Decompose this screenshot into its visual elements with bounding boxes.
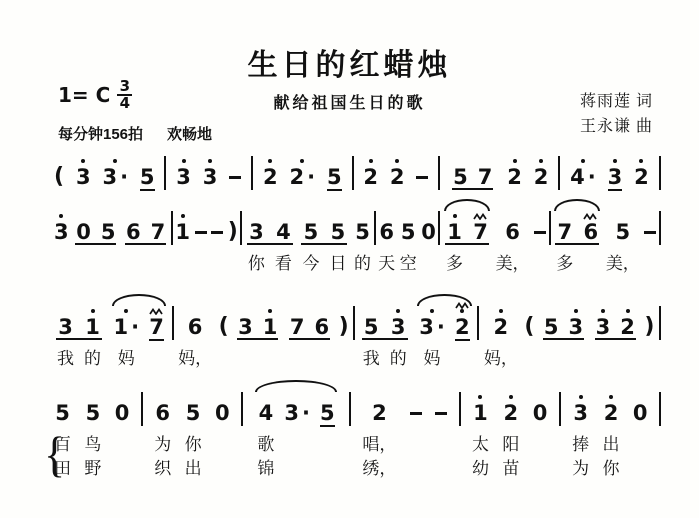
barline (659, 392, 661, 426)
note: 5 (325, 150, 344, 189)
note: 4歌锦 (252, 386, 279, 481)
lyric-syllable: 日 (329, 252, 346, 276)
note-number: 2 (504, 401, 519, 425)
note-glyph: 3 (569, 315, 584, 339)
time-signature-numerator: 3 (120, 80, 130, 93)
note: 3·妈 (414, 300, 450, 371)
octave-dot-icon (639, 159, 643, 163)
beam-underline (56, 338, 102, 340)
barline (349, 392, 351, 426)
note: 2唱，绣， (360, 386, 398, 481)
octave-dot-icon (601, 309, 605, 313)
note: 3 (74, 150, 93, 189)
note-ornaments (208, 150, 212, 165)
note-number: 6 (505, 220, 520, 244)
note-ornaments (59, 205, 63, 220)
note: 3 (233, 300, 258, 339)
note-number: 5 (186, 401, 201, 425)
beam-underline (237, 338, 278, 340)
note-glyph: 6 (315, 315, 330, 339)
lyric-syllable: 我 (363, 347, 380, 371)
note-group: 4歌锦3·5 (252, 386, 339, 481)
note-glyph: 3· (102, 165, 128, 189)
note-group: 76 (285, 300, 334, 339)
note-number: 2 (372, 401, 387, 425)
note: 4看 (270, 205, 297, 276)
lyric-syllable: 为 (572, 457, 589, 481)
octave-dot-icon (460, 309, 464, 313)
note-number: 3 (596, 315, 611, 339)
note: 2 (388, 150, 407, 189)
note-glyph: 3 (238, 315, 253, 339)
note-group: 1·妈7 (109, 300, 170, 371)
lyric-syllable: 妈， (484, 347, 518, 371)
note-glyph: 0 (115, 401, 130, 425)
lyric-syllable: 唱， (362, 433, 396, 457)
octave-dot-icon (574, 309, 578, 313)
note-glyph: 0 (421, 220, 436, 244)
note-number: 0 (115, 401, 130, 425)
lyric-syllable: 多 (446, 252, 463, 276)
note-number: 3 (54, 220, 69, 244)
note-number: 6 (379, 220, 394, 244)
note-number: 2 (620, 315, 635, 339)
barline (241, 392, 243, 426)
note-glyph: 3 (596, 315, 611, 339)
note-number: 3 (391, 315, 406, 339)
note-ornaments (513, 150, 517, 165)
slur-arc (417, 294, 472, 306)
note-group: 53 (539, 300, 588, 339)
note-number: 2 (507, 165, 522, 189)
note: 1·妈 (109, 300, 145, 371)
note-number: 5 (140, 165, 155, 191)
barline (353, 306, 355, 340)
note-ornaments (579, 386, 583, 401)
beam-underline (289, 338, 330, 340)
note-glyph: 7 (149, 315, 164, 339)
note-glyph: 3 (54, 220, 69, 244)
note-glyph: 2 (634, 165, 649, 189)
slur-arc (112, 294, 167, 306)
dash-continuation (644, 231, 656, 234)
mordent-icon (583, 213, 598, 220)
beam-underline (595, 338, 636, 340)
note-glyph: 3· (419, 315, 445, 339)
note-glyph: 5 (453, 165, 468, 189)
octave-dot-icon (268, 309, 272, 313)
note: 0 (113, 386, 132, 425)
note-glyph: 2 (604, 401, 619, 425)
octave-dot-icon (626, 309, 630, 313)
note-number: 3 (284, 401, 299, 425)
note-number: 2 (455, 315, 470, 341)
lyric-syllable: 空 (400, 252, 417, 276)
note-ornaments (395, 150, 399, 165)
composer-credit: 王永谦 曲 (580, 113, 653, 136)
lyric-syllable: 幼 (472, 457, 489, 481)
note-number: 1 (447, 220, 462, 244)
note-glyph: 0 (533, 401, 548, 425)
lyric-syllable: 今 (302, 252, 319, 276)
note-number: 5 (616, 220, 631, 244)
note: 6 (121, 205, 146, 244)
slur-arc (554, 199, 600, 211)
dot-after: · (131, 315, 139, 339)
key-label: 1= C (58, 83, 110, 107)
note-ornaments (300, 150, 304, 165)
beam-underline (75, 243, 116, 245)
octave-dot-icon (124, 309, 128, 313)
note-number: 3 (58, 315, 73, 339)
expression-marking: 欢畅地 (167, 126, 212, 143)
note-number: 4 (570, 165, 585, 189)
note-number: 1 (263, 315, 278, 339)
music-line: (33·53322·52257224·32 (52, 150, 661, 190)
octave-dot-icon (478, 395, 482, 399)
octave-dot-icon (579, 395, 583, 399)
note: 1的 (79, 300, 106, 371)
note-number: 5 (304, 220, 319, 244)
octave-dot-icon (499, 309, 503, 313)
note: 3 (606, 150, 625, 189)
note-number: 2 (534, 165, 549, 189)
note-glyph: 2 (504, 401, 519, 425)
note-glyph: 6 (188, 315, 203, 339)
note: 5的 (352, 205, 373, 276)
note: 3你 (243, 205, 270, 276)
note-number: 7 (478, 165, 493, 189)
dot-after: · (120, 165, 128, 189)
note-glyph: 1 (473, 401, 488, 425)
dot-after: · (437, 315, 445, 339)
note: 2· (288, 150, 318, 189)
note-ornaments (499, 300, 503, 315)
dot-after: · (588, 165, 596, 189)
music-line: 3我1的1·妈76妈，(3176)5我3的3·妈22妈，(5332) (52, 300, 661, 371)
octave-dot-icon (208, 159, 212, 163)
barline (251, 156, 253, 190)
parenthesis: ( (522, 300, 536, 339)
note-ornaments (613, 150, 617, 165)
note-glyph: 2 (390, 165, 405, 189)
parenthesis-glyph: ( (524, 315, 534, 339)
note: 3 (201, 150, 220, 189)
lyric-syllable: 绣， (362, 457, 396, 481)
lyric-syllable: 看 (275, 252, 292, 276)
note: 3捧为 (570, 386, 591, 481)
note-glyph: 5 (401, 220, 416, 244)
lyric-syllable: 的 (390, 347, 407, 371)
note: 3我 (52, 300, 79, 371)
note-glyph: 5 (101, 220, 116, 244)
note: 2 (615, 300, 640, 339)
note-glyph: 2· (290, 165, 316, 189)
note-number: 2 (263, 165, 278, 189)
tempo-marking: 每分钟156拍欢畅地 (58, 123, 212, 144)
note-glyph: 3 (608, 165, 623, 189)
lyric-syllable: 出 (603, 433, 620, 457)
note-glyph: 5 (331, 220, 346, 244)
octave-dot-icon (300, 159, 304, 163)
note: 4· (568, 150, 598, 189)
note-number: 2 (494, 315, 509, 339)
note: 3 (174, 150, 193, 189)
sheet-music-page: 生日的红蜡烛 献给祖国生日的歌 1= C 3 4 每分钟156拍欢畅地 蒋雨莲 … (0, 0, 699, 518)
note: 6为织 (152, 386, 173, 481)
key-signature: 1= C 3 4 (58, 80, 132, 110)
note-ornaments (91, 300, 95, 315)
note-glyph: 2 (263, 165, 278, 189)
note-glyph: 4· (570, 165, 596, 189)
note-number: 3 (249, 220, 264, 244)
note-group: 57 (448, 150, 497, 189)
note: 5 (539, 300, 564, 339)
note-ornaments (81, 150, 85, 165)
octave-dot-icon (509, 395, 513, 399)
note: 3 (52, 205, 71, 244)
barline (659, 306, 661, 340)
note-group: 5今5日 (297, 205, 351, 276)
note-glyph: 5 (364, 315, 379, 339)
dash-continuation (416, 176, 428, 179)
note-glyph: 5 (544, 315, 559, 339)
note: 2 (261, 150, 280, 189)
note-glyph: 1 (85, 315, 100, 339)
note: 6妈， (176, 300, 214, 371)
note: 0 (71, 205, 96, 244)
lyric-syllable: 捧 (572, 433, 589, 457)
note-glyph: 1· (114, 315, 140, 339)
parenthesis-glyph: ) (339, 315, 349, 339)
note-number: 6 (126, 220, 141, 244)
note-number: 7 (557, 220, 572, 244)
note-number: 7 (290, 315, 305, 339)
note-glyph: 2 (494, 315, 509, 339)
note-glyph: 5 (304, 220, 319, 244)
barline (477, 306, 479, 340)
note: 2出你 (601, 386, 622, 481)
time-signature-denominator: 4 (120, 97, 130, 110)
note-number: 5 (320, 401, 335, 427)
note-ornaments (181, 205, 185, 220)
beam-underline (445, 243, 489, 245)
note-number: 3 (176, 165, 191, 189)
note-ornaments (509, 386, 513, 401)
octave-dot-icon (396, 309, 400, 313)
note-glyph: 6 (126, 220, 141, 244)
note-number: 5 (364, 315, 379, 339)
dash-cell (227, 150, 243, 189)
beam-underline (555, 243, 599, 245)
note-number: 5 (331, 220, 346, 244)
note-number: 2 (634, 165, 649, 189)
note-number: 4 (276, 220, 291, 244)
note-group: 5我3的 (358, 300, 412, 371)
note: 5美， (604, 205, 642, 276)
dot-after: · (302, 401, 310, 425)
note-glyph: 1 (175, 220, 190, 244)
note-glyph: 0 (215, 401, 230, 425)
note-glyph: 3 (249, 220, 264, 244)
note: 2妈， (482, 300, 520, 371)
parenthesis-glyph: ) (228, 220, 238, 244)
note-glyph: 5 (55, 401, 70, 425)
note-glyph: 3 (176, 165, 191, 189)
mordent-icon (473, 213, 488, 220)
barline (352, 156, 354, 190)
note: 7 (285, 300, 310, 339)
note: 2 (632, 150, 651, 189)
beam-underline (125, 243, 166, 245)
dash-cell (209, 205, 225, 244)
parenthesis-glyph: ) (644, 315, 654, 339)
note: 3的 (385, 300, 412, 371)
barline (659, 211, 661, 245)
note: 3· (100, 150, 130, 189)
barline (164, 156, 166, 190)
note: 1太幼 (470, 386, 491, 481)
note: 7多 (551, 205, 578, 276)
lyric-syllable: 你 (185, 433, 202, 457)
note-glyph: 0 (76, 220, 91, 244)
note-group: 32 (591, 300, 640, 339)
note-glyph: 2 (620, 315, 635, 339)
octave-dot-icon (181, 214, 185, 218)
note-number: 0 (215, 401, 230, 425)
note-number: 5 (355, 220, 370, 244)
note-glyph: 2 (507, 165, 522, 189)
note: 1 (258, 300, 283, 339)
dash-cell (642, 205, 658, 244)
note-number: 7 (149, 315, 164, 341)
note-group: 05 (71, 205, 120, 244)
note-number: 3 (203, 165, 218, 189)
barline (459, 392, 461, 426)
lyric-syllable: 出 (185, 457, 202, 481)
parenthesis: ( (217, 300, 231, 339)
barline (559, 392, 561, 426)
note-number: 6 (583, 220, 598, 244)
barline (172, 306, 174, 340)
tempo-bpm: 每分钟156拍 (58, 126, 143, 143)
note-group: 7多6 (551, 205, 603, 276)
note-glyph: 3 (58, 315, 73, 339)
note-group: 3我1的 (52, 300, 106, 371)
lyric-syllable: 你 (603, 457, 620, 481)
parenthesis: ) (337, 300, 351, 339)
beam-underline (452, 188, 493, 190)
note: 0 (419, 205, 438, 244)
note-number: 7 (473, 220, 488, 244)
note-glyph: 7 (557, 220, 572, 244)
lyric-syllable: 锦 (257, 457, 274, 481)
note-glyph: 3· (284, 401, 310, 425)
note-glyph: 3 (203, 165, 218, 189)
barline (659, 156, 661, 190)
dash-cell (193, 205, 209, 244)
note: 0 (631, 386, 650, 425)
lyric-syllable: 天 (378, 252, 395, 276)
note: 7 (146, 205, 171, 244)
beam-underline (247, 243, 293, 245)
note-number: 5 (453, 165, 468, 189)
note-glyph: 0 (633, 401, 648, 425)
music-line: 305671)3你4看5今5日5的6天5空01多76美，7多65美， (52, 205, 661, 276)
note-group: 67 (121, 205, 170, 244)
note-group: 31 (233, 300, 282, 339)
note: 1 (173, 205, 192, 244)
parenthesis: ) (642, 300, 656, 339)
note-glyph: 2 (363, 165, 378, 189)
note-number: 2 (363, 165, 378, 189)
octave-dot-icon (539, 159, 543, 163)
note-glyph: 5 (616, 220, 631, 244)
note-glyph: 3 (76, 165, 91, 189)
lyric-syllable: 织 (154, 457, 171, 481)
note-ornaments (182, 150, 186, 165)
lyricist-credit: 蒋雨莲 词 (580, 88, 653, 111)
note: 5 (138, 150, 157, 189)
dash-cell (414, 150, 430, 189)
slur-arc (444, 199, 490, 211)
note-number: 3 (238, 315, 253, 339)
note: 5今 (297, 205, 324, 276)
lyric-syllable: 我 (57, 347, 74, 371)
note-glyph: 5 (140, 165, 155, 189)
note-ornaments (268, 300, 272, 315)
note: 6天 (376, 205, 397, 276)
note-glyph: 6 (155, 401, 170, 425)
note-number: 3 (76, 165, 91, 189)
note-glyph: 5 (86, 401, 101, 425)
note-number: 6 (315, 315, 330, 339)
lyric-syllable: 妈 (118, 347, 135, 371)
note-glyph: 4 (276, 220, 291, 244)
note-ornaments (369, 150, 373, 165)
note-glyph: 2 (455, 315, 470, 339)
verse-brace: { (44, 424, 65, 487)
octave-dot-icon (453, 214, 457, 218)
note-glyph: 6 (505, 220, 520, 244)
slur-arc (255, 380, 336, 392)
time-signature: 3 4 (117, 80, 132, 110)
lyric-syllable: 的 (84, 347, 101, 371)
note: 5日 (324, 205, 351, 276)
note-glyph: 3 (573, 401, 588, 425)
octave-dot-icon (395, 159, 399, 163)
dash-continuation (534, 231, 546, 234)
lyric-syllable: 妈 (424, 347, 441, 371)
note-glyph: 2 (372, 401, 387, 425)
note-glyph: 5 (186, 401, 201, 425)
note: 2 (532, 150, 551, 189)
note-ornaments (268, 150, 272, 165)
note: 3 (564, 300, 589, 339)
note-glyph: 6 (583, 220, 598, 244)
dash-continuation (195, 231, 207, 234)
note-number: 1 (85, 315, 100, 339)
parenthesis: ( (52, 150, 66, 189)
note-number: 7 (151, 220, 166, 244)
lyric-syllable: 妈， (178, 347, 212, 371)
note-number: 3 (573, 401, 588, 425)
lyric-syllable: 野 (84, 457, 101, 481)
note: 2 (505, 150, 524, 189)
note-number: 0 (633, 401, 648, 425)
note-number: 5 (327, 165, 342, 191)
note-ornaments (581, 150, 585, 165)
